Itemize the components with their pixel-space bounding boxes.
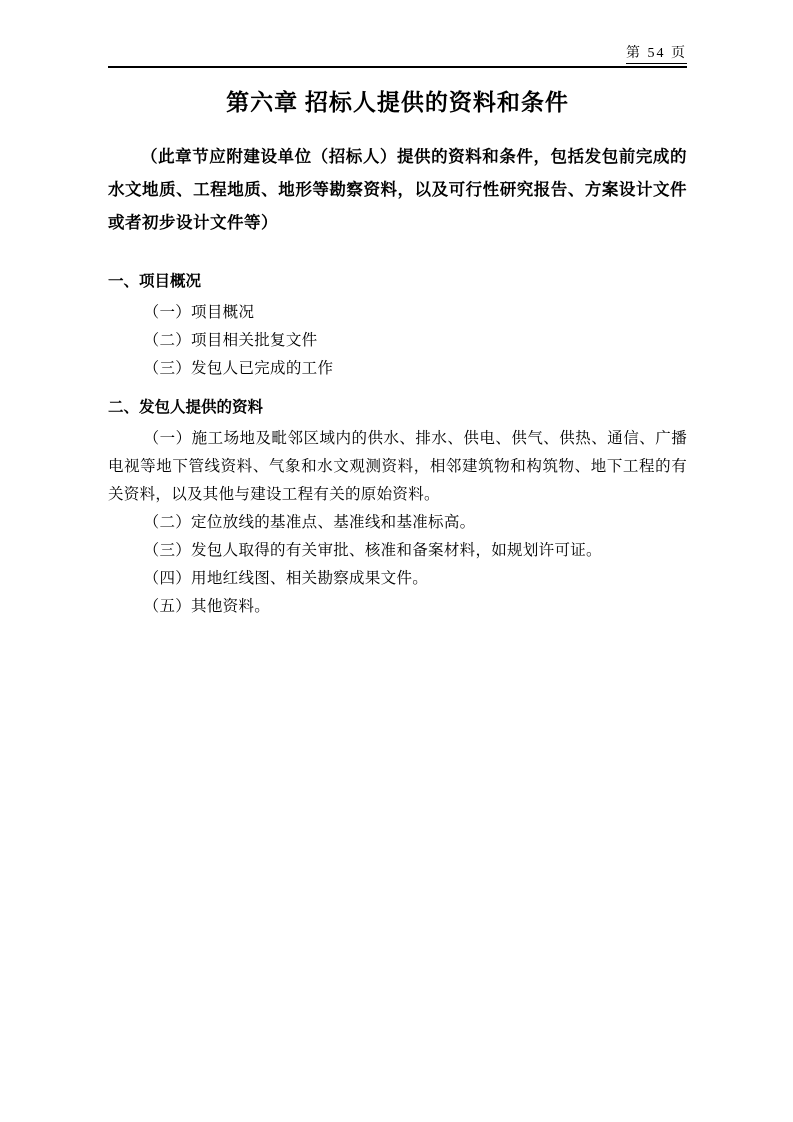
section-items-employer-materials: （一）施工场地及毗邻区域内的供水、排水、供电、供气、供热、通信、广播电视等地下管…	[108, 425, 687, 621]
section-heading-employer-materials: 二、发包人提供的资料	[108, 398, 687, 418]
list-item: （三）发包人已完成的工作	[108, 355, 687, 383]
section-items-project-overview: （一）项目概况 （二）项目相关批复文件 （三）发包人已完成的工作	[108, 299, 687, 383]
document-page: 第 54 页 第六章 招标人提供的资料和条件 （此章节应附建设单位（招标人）提供…	[0, 0, 793, 1122]
chapter-title: 第六章 招标人提供的资料和条件	[108, 88, 687, 118]
list-item: （四）用地红线图、相关勘察成果文件。	[108, 565, 687, 593]
page-header: 第 54 页	[108, 42, 687, 68]
section-heading-project-overview: 一、项目概况	[108, 272, 687, 292]
list-item: （二）项目相关批复文件	[108, 327, 687, 355]
list-item: （二）定位放线的基准点、基准线和基准标高。	[108, 509, 687, 537]
page-number: 第 54 页	[626, 42, 687, 64]
list-item: （一）施工场地及毗邻区域内的供水、排水、供电、供气、供热、通信、广播电视等地下管…	[108, 425, 687, 509]
list-item: （一）项目概况	[108, 299, 687, 327]
list-item: （三）发包人取得的有关审批、核准和备案材料，如规划许可证。	[108, 537, 687, 565]
intro-paragraph: （此章节应附建设单位（招标人）提供的资料和条件，包括发包前完成的水文地质、工程地…	[108, 140, 687, 239]
page-content: 第 54 页 第六章 招标人提供的资料和条件 （此章节应附建设单位（招标人）提供…	[0, 42, 793, 621]
list-item: （五）其他资料。	[108, 593, 687, 621]
